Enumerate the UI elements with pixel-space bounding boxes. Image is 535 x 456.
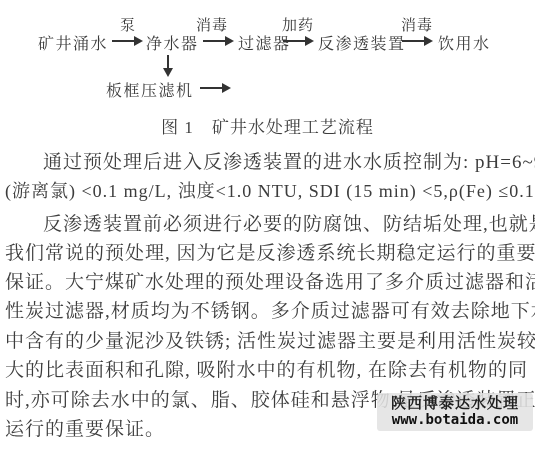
diagram-arrow-label-disinfection-1: 消毒 <box>196 14 228 35</box>
paragraph2-line4: 性炭过滤器,材质均为不锈钢。多介质过滤器可有效去除地下水 <box>5 296 533 323</box>
watermark: 陕西博泰达水处理 www.botaida.com <box>377 393 533 431</box>
watermark-url: www.botaida.com <box>377 412 533 428</box>
diagram-node-reverse-osmosis-unit: 反渗透装置 <box>318 31 406 54</box>
diagram-arrow-label-dosing: 加药 <box>282 14 314 35</box>
paragraph2-line3: 保证。大宁煤矿水处理的预处理设备选用了多介质过滤器和活 <box>5 267 533 294</box>
diagram-arrow-label-pump: 泵 <box>120 14 136 35</box>
diagram-node-water-purifier: 净水器 <box>146 31 199 54</box>
figure-caption: 图 1 矿井水处理工艺流程 <box>0 113 535 138</box>
diagram-arrow-label-disinfection-2: 消毒 <box>401 14 433 35</box>
scanned-document-page: 矿井涌水 泵 净水器 消毒 过滤器 加药 反渗透装置 消毒 饮用水 板框压滤机 … <box>0 0 535 456</box>
paragraph2-line2: 我们常说的预处理, 因为它是反渗透系统长期稳定运行的重要 <box>5 238 533 265</box>
paragraph2-line5: 中含有的少量泥沙及铁锈; 活性炭过滤器主要是利用活性炭较 <box>5 326 533 353</box>
paragraph1-line1: 通过预处理后进入反渗透装置的进水水质控制为: pH=6~9,ρ <box>5 147 535 174</box>
flow-arrow-right-icon <box>402 40 424 42</box>
flow-arrow-down-icon <box>167 55 169 68</box>
paragraph2-line1: 反渗透装置前必须进行必要的防腐蚀、防结垢处理,也就是 <box>5 209 535 236</box>
paragraph1-line2: (游离氯) <0.1 mg/L, 浊度<1.0 NTU, SDI (15 min… <box>5 177 533 203</box>
process-flow-diagram: 矿井涌水 泵 净水器 消毒 过滤器 加药 反渗透装置 消毒 饮用水 板框压滤机 <box>0 0 535 105</box>
watermark-company-name: 陕西博泰达水处理 <box>377 395 533 412</box>
diagram-node-mine-inflow-water: 矿井涌水 <box>38 31 108 54</box>
flow-arrow-right-icon <box>203 40 225 42</box>
flow-arrow-right-icon <box>112 40 134 42</box>
diagram-node-plate-frame-filter-press: 板框压滤机 <box>106 78 194 101</box>
flow-arrow-right-icon <box>200 87 222 89</box>
diagram-node-drinking-water: 饮用水 <box>438 31 491 54</box>
paragraph2-line6: 大的比表面积和孔隙, 吸附水中的有机物, 在除去有机物的同 <box>5 355 533 382</box>
flow-arrow-right-icon <box>283 40 305 42</box>
